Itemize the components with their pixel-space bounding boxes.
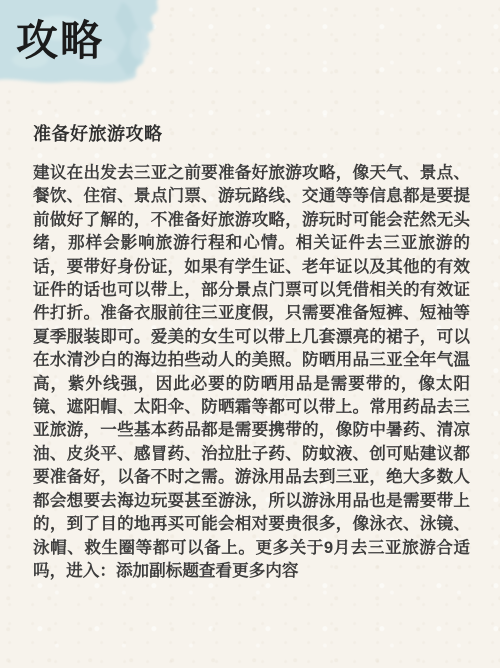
see-more-link[interactable]: 添加副标题查看更多内容 [116, 561, 299, 580]
note-body: 建议在出发去三亚之前要准备好旅游攻略，像天气、景点、餐饮、住宿、景点门票、游玩路… [33, 161, 470, 582]
page-title: 攻略 [16, 8, 104, 68]
note-body-text: 建议在出发去三亚之前要准备好旅游攻略，像天气、景点、餐饮、住宿、景点门票、游玩路… [33, 163, 470, 557]
note-page: 攻略 准备好旅游攻略 建议在出发去三亚之前要准备好旅游攻略，像天气、景点、餐饮、… [0, 0, 500, 668]
note-subtitle: 准备好旅游攻略 [33, 120, 163, 146]
